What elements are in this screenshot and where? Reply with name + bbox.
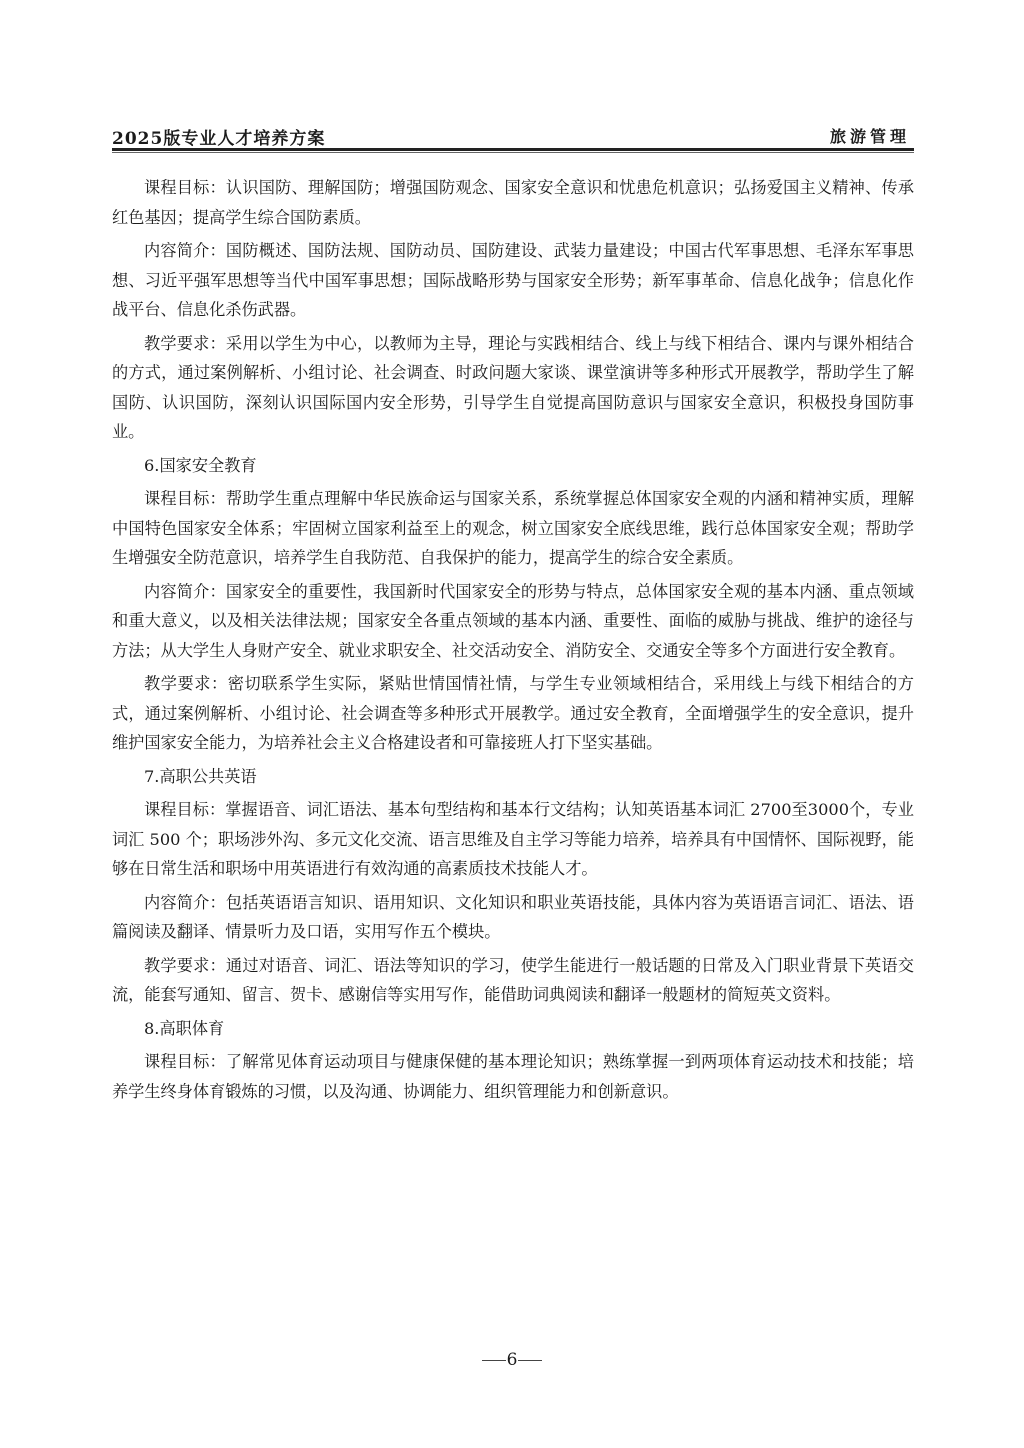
page-number: 6 — [507, 1350, 518, 1370]
page-footer: 6 — [0, 1350, 1024, 1370]
pe-course-goal: 课程目标：了解常见体育运动项目与健康保健的基本理论知识；熟练掌握一到两项体育运动… — [112, 1047, 914, 1106]
section-heading-pe: 8.高职体育 — [112, 1014, 914, 1044]
military-course-requirements: 教学要求：采用以学生为中心，以教师为主导，理论与实践相结合、线上与线下相结合、课… — [112, 329, 914, 447]
document-title: 2025版专业人才培养方案 — [112, 124, 325, 149]
security-course-goal: 课程目标：帮助学生重点理解中华民族命运与国家关系，系统掌握总体国家安全观的内涵和… — [112, 484, 914, 573]
military-course-goal: 课程目标：认识国防、理解国防；增强国防观念、国家安全意识和忧患危机意识；弘扬爱国… — [112, 173, 914, 232]
security-course-content: 内容简介：国家安全的重要性，我国新时代国家安全的形势与特点，总体国家安全观的基本… — [112, 577, 914, 666]
english-course-requirements: 教学要求：通过对语音、词汇、语法等知识的学习，使学生能进行一般话题的日常及入门职… — [112, 951, 914, 1010]
header-rule-thin — [112, 152, 914, 153]
running-header: 2025版专业人才培养方案 旅游管理 — [112, 124, 914, 148]
footer-dash-right — [518, 1360, 542, 1361]
major-name: 旅游管理 — [830, 124, 910, 147]
section-heading-national-security: 6.国家安全教育 — [112, 451, 914, 481]
military-course-content: 内容简介：国防概述、国防法规、国防动员、国防建设、武装力量建设；中国古代军事思想… — [112, 236, 914, 325]
english-course-content: 内容简介：包括英语语言知识、语用知识、文化知识和职业英语技能，具体内容为英语语言… — [112, 888, 914, 947]
page-body: 课程目标：认识国防、理解国防；增强国防观念、国家安全意识和忧患危机意识；弘扬爱国… — [112, 173, 914, 1110]
section-heading-english: 7.高职公共英语 — [112, 762, 914, 792]
security-course-requirements: 教学要求：密切联系学生实际，紧贴世情国情社情，与学生专业领域相结合，采用线上与线… — [112, 669, 914, 758]
english-course-goal: 课程目标：掌握语音、词汇语法、基本句型结构和基本行文结构；认知英语基本词汇 27… — [112, 795, 914, 884]
footer-dash-left — [482, 1360, 506, 1361]
header-rule-thick — [112, 148, 914, 151]
